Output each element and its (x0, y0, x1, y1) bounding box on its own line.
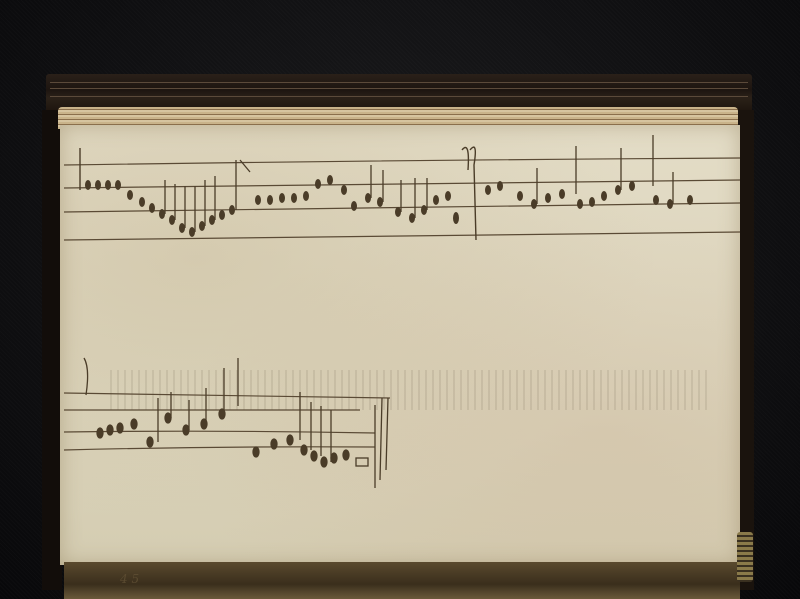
music-notation (0, 0, 800, 599)
lower-staff (64, 393, 390, 450)
lower-notes (84, 358, 388, 488)
